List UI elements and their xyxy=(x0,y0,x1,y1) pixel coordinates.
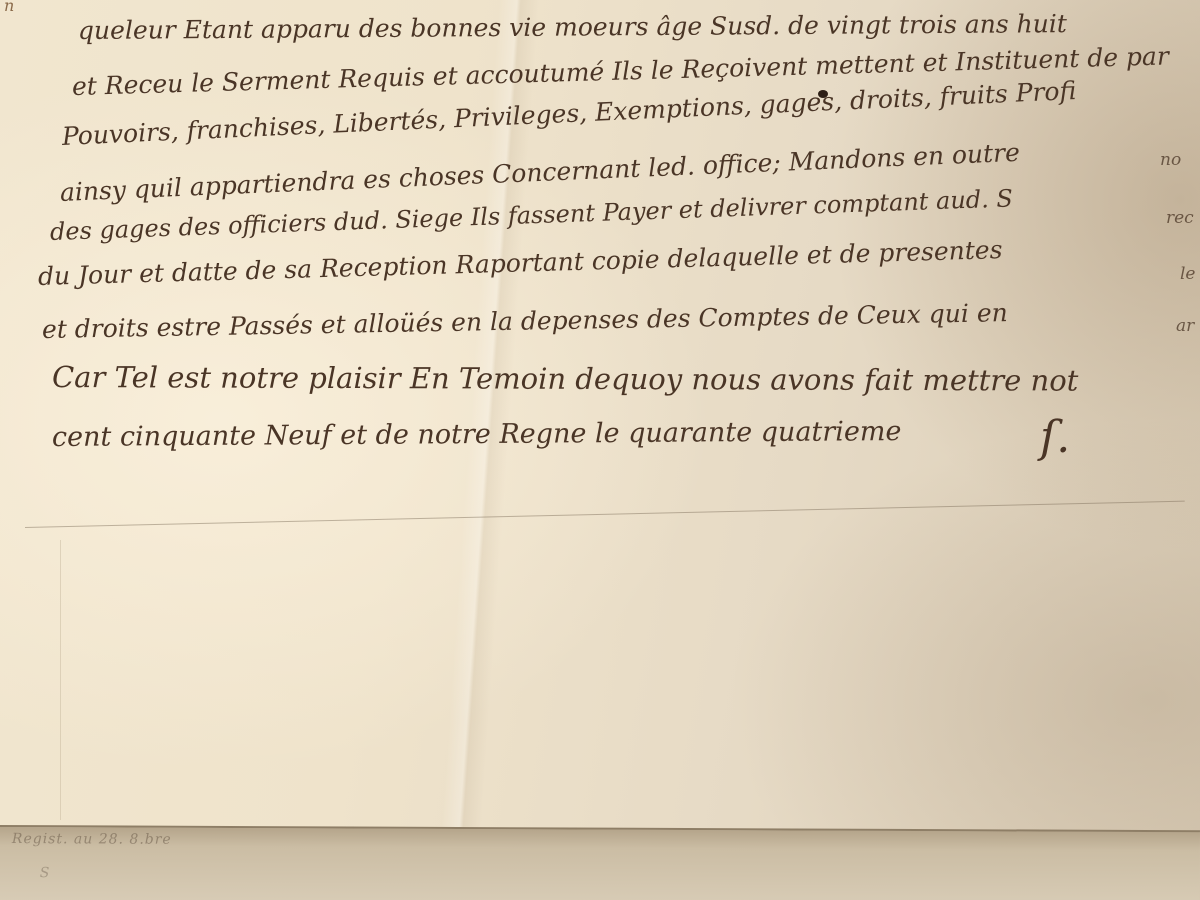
manuscript-line: Car Tel est notre plaisir En Temoin dequ… xyxy=(52,360,1078,398)
margin-line xyxy=(60,540,61,820)
lower-sheet-faint-text: Regist. au 28. 8.bre xyxy=(12,831,172,848)
closing-flourish: ſ. xyxy=(1040,412,1070,463)
lower-sheet: Regist. au 28. 8.bre S xyxy=(0,825,1200,900)
margin-note: le xyxy=(1180,264,1196,284)
margin-note: rec xyxy=(1166,208,1194,228)
margin-note: no xyxy=(1160,150,1181,170)
margin-note: ar xyxy=(1176,316,1194,336)
lower-sheet-faint-mark: S xyxy=(40,865,50,881)
corner-mark: n xyxy=(4,0,14,15)
manuscript-line: cent cinquante Neuf et de notre Regne le… xyxy=(52,416,902,453)
